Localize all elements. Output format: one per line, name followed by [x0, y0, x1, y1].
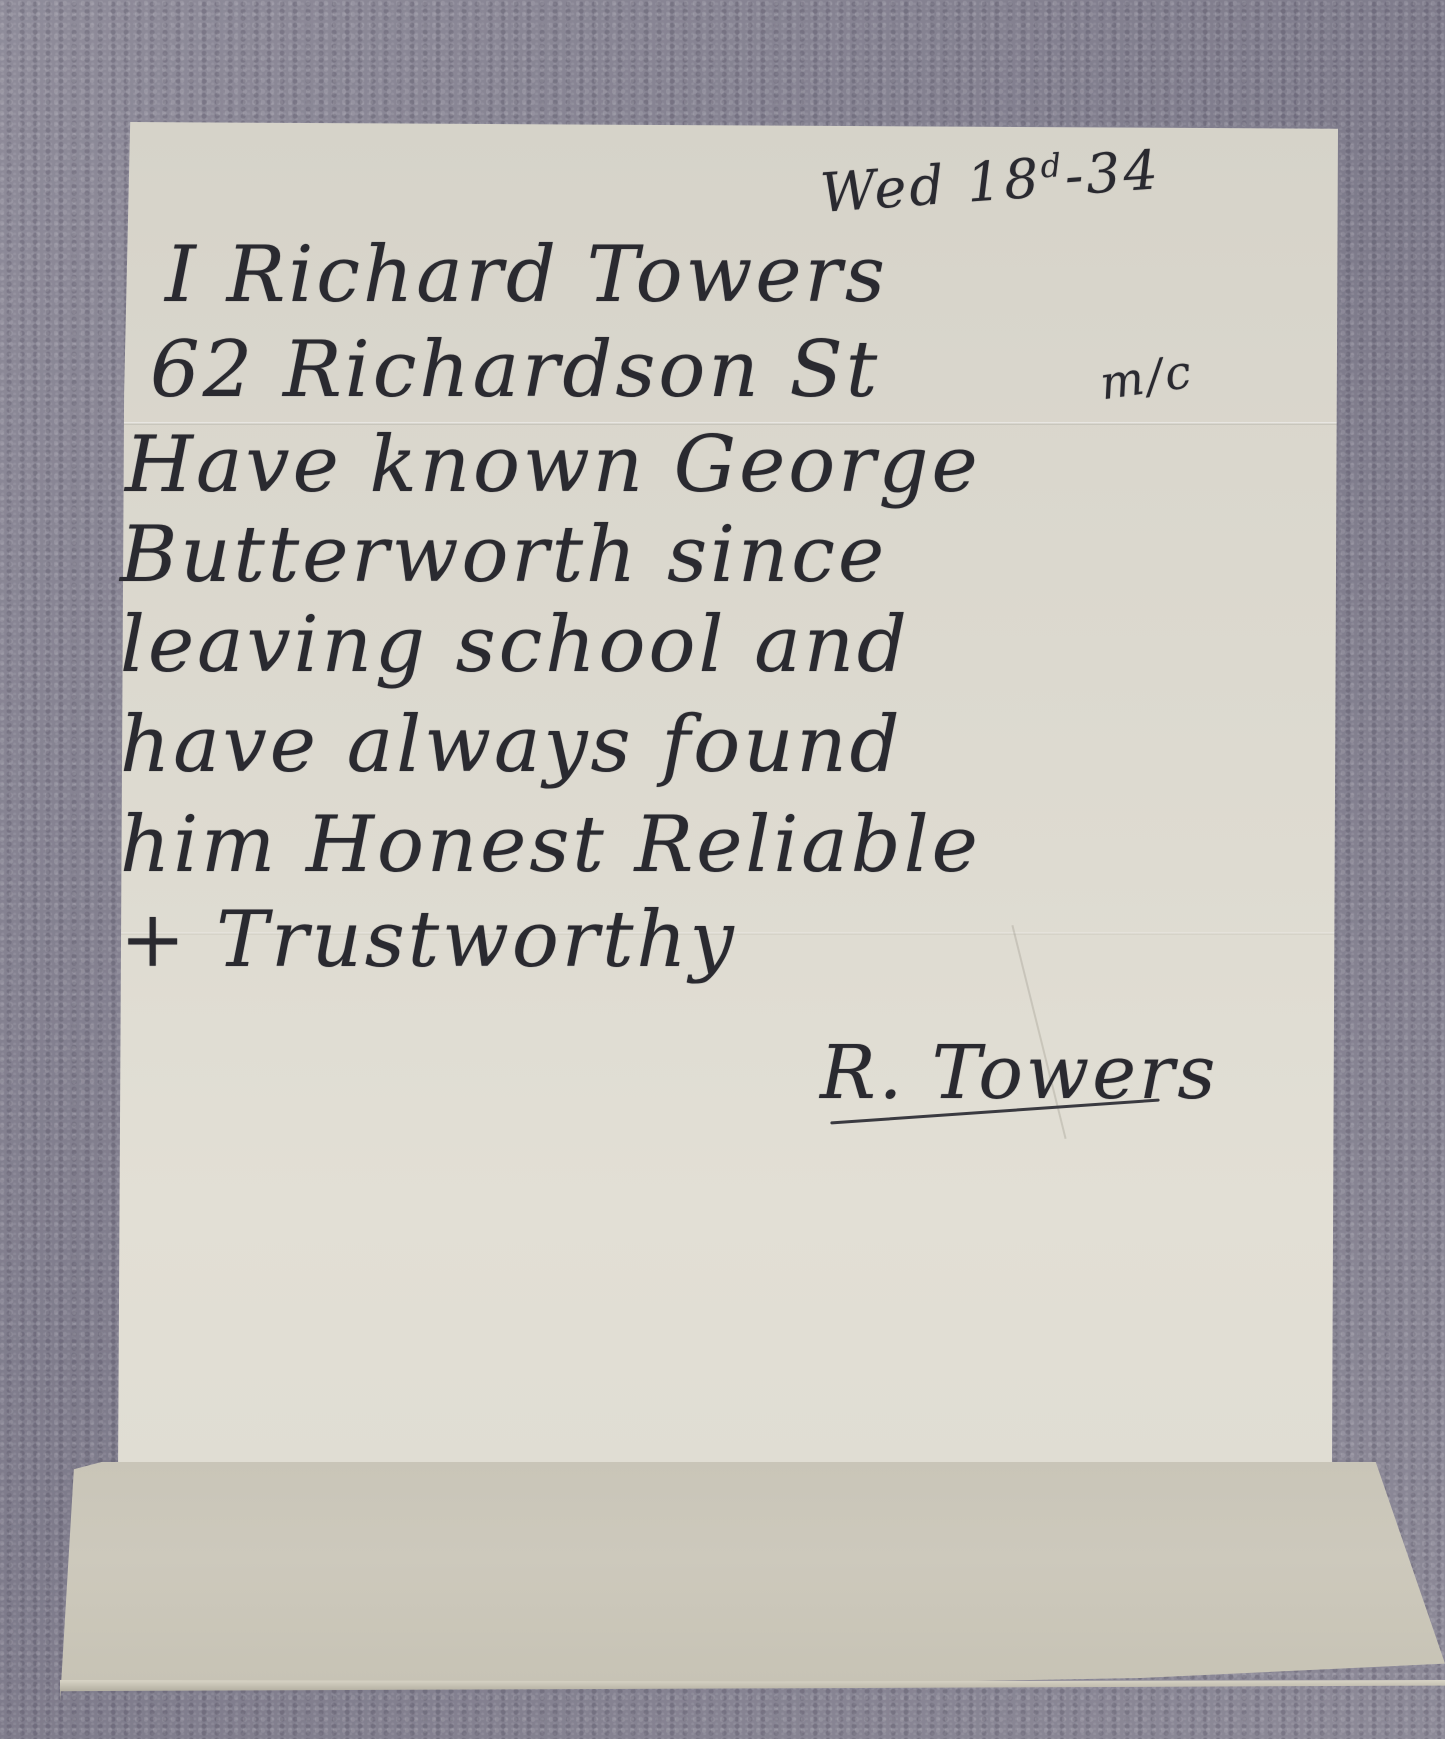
- body-line-known: Have known George: [125, 420, 981, 510]
- body-line-surname: Butterworth since: [120, 510, 887, 600]
- date-superscript: d: [1039, 146, 1065, 186]
- body-line-school: leaving school and: [120, 600, 910, 690]
- signature: R. Towers: [820, 1030, 1218, 1116]
- body-line-address: 62 Richardson St: [150, 325, 880, 415]
- body-line-honest: him Honest Reliable: [120, 800, 981, 890]
- body-line-name: I Richard Towers: [165, 230, 888, 320]
- body-line-trustworthy: + Trustworthy: [120, 895, 737, 985]
- body-line-found: have always found: [120, 700, 903, 790]
- date-year: -34: [1063, 138, 1163, 208]
- bottom-folded-flap: [60, 1462, 1445, 1702]
- flap-edge: [60, 1680, 1445, 1694]
